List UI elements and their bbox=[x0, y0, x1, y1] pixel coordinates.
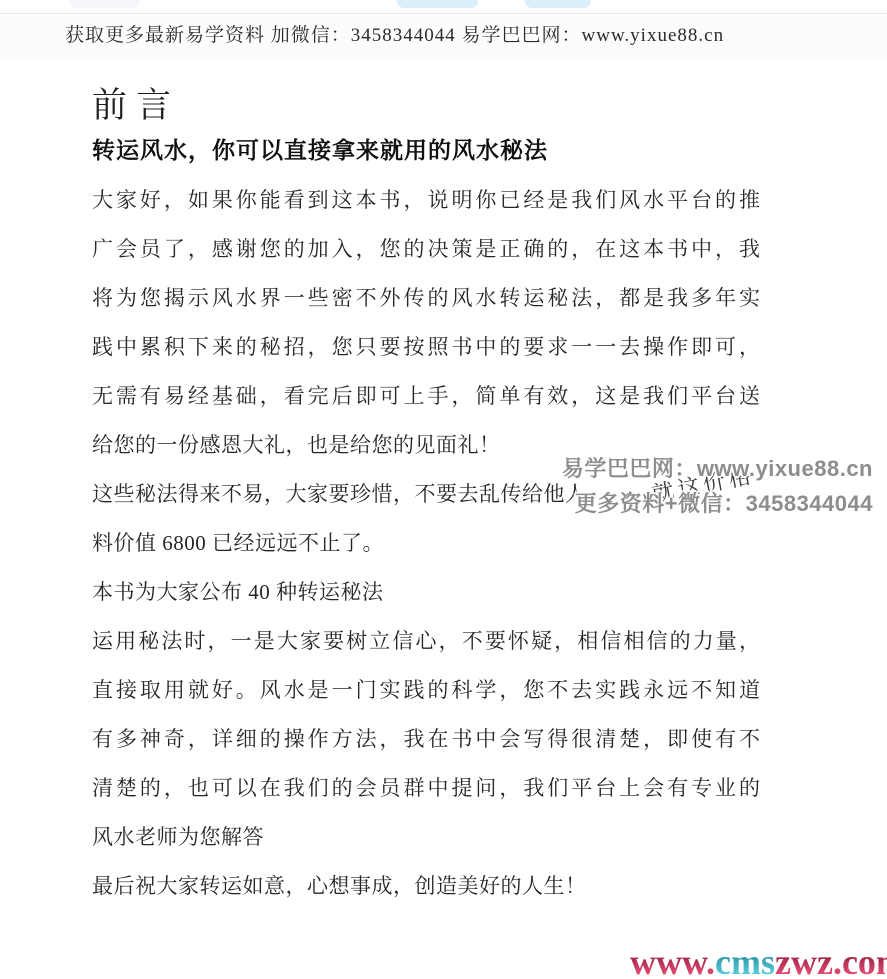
text-line: 运用秘法时，一是大家要树立信心，不要怀疑，相信相信的力量， bbox=[92, 617, 760, 666]
text-line: 有多神奇，详细的操作方法，我在书中会写得很清楚，即使有不 bbox=[92, 715, 760, 764]
top-toolbar bbox=[0, 0, 887, 13]
toolbar-button-right[interactable] bbox=[525, 0, 591, 8]
url-segment: www. bbox=[630, 942, 715, 979]
watermark-site: 易学巴巴网：www.yixue88.cn bbox=[562, 452, 873, 483]
toolbar-button-left[interactable] bbox=[70, 0, 140, 8]
site-url: www.cmszwz.com bbox=[630, 941, 887, 979]
paragraph-lines: 大家好，如果你能看到这本书，说明你已经是我们风水平台的推广会员了，感谢您的加入，… bbox=[92, 176, 760, 911]
document-viewer-page: { "toolbar": { "buttons": [ {"name": "to… bbox=[0, 0, 887, 979]
page-title: 前言 bbox=[92, 78, 180, 128]
page-subtitle: 转运风水，你可以直接拿来就用的风水秘法 bbox=[92, 132, 548, 165]
text-line: 践中累积下来的秘招，您只要按照书中的要求一一去操作即可， bbox=[92, 323, 760, 372]
text-line: 本书为大家公布 40 种转运秘法 bbox=[92, 568, 760, 617]
url-segment: cms bbox=[715, 942, 775, 979]
toolbar-button-middle[interactable] bbox=[397, 0, 478, 8]
text-line: 将为您揭示风水界一些密不外传的风水转运秘法，都是我多年实 bbox=[92, 274, 760, 323]
text-line: 大家好，如果你能看到这本书，说明你已经是我们风水平台的推 bbox=[92, 176, 760, 225]
text-line: 料价值 6800 已经远远不止了。 bbox=[92, 519, 760, 568]
text-line: 广会员了，感谢您的加入，您的决策是正确的，在这本书中，我 bbox=[92, 225, 760, 274]
url-segment: zwz.com bbox=[775, 942, 887, 979]
promo-text: 获取更多最新易学资料 加微信：3458344044 易学巴巴网：www.yixu… bbox=[65, 20, 724, 47]
watermark-wechat: 更多资料+微信：3458344044 bbox=[575, 487, 873, 518]
text-line: 风水老师为您解答 bbox=[92, 813, 760, 862]
text-line: 清楚的，也可以在我们的会员群中提问，我们平台上会有专业的 bbox=[92, 764, 760, 813]
text-line: 直接取用就好。风水是一门实践的科学，您不去实践永远不知道 bbox=[92, 666, 760, 715]
text-line: 无需有易经基础，看完后即可上手，简单有效，这是我们平台送 bbox=[92, 372, 760, 421]
text-line: 最后祝大家转运如意，心想事成，创造美好的人生！ bbox=[92, 862, 760, 911]
